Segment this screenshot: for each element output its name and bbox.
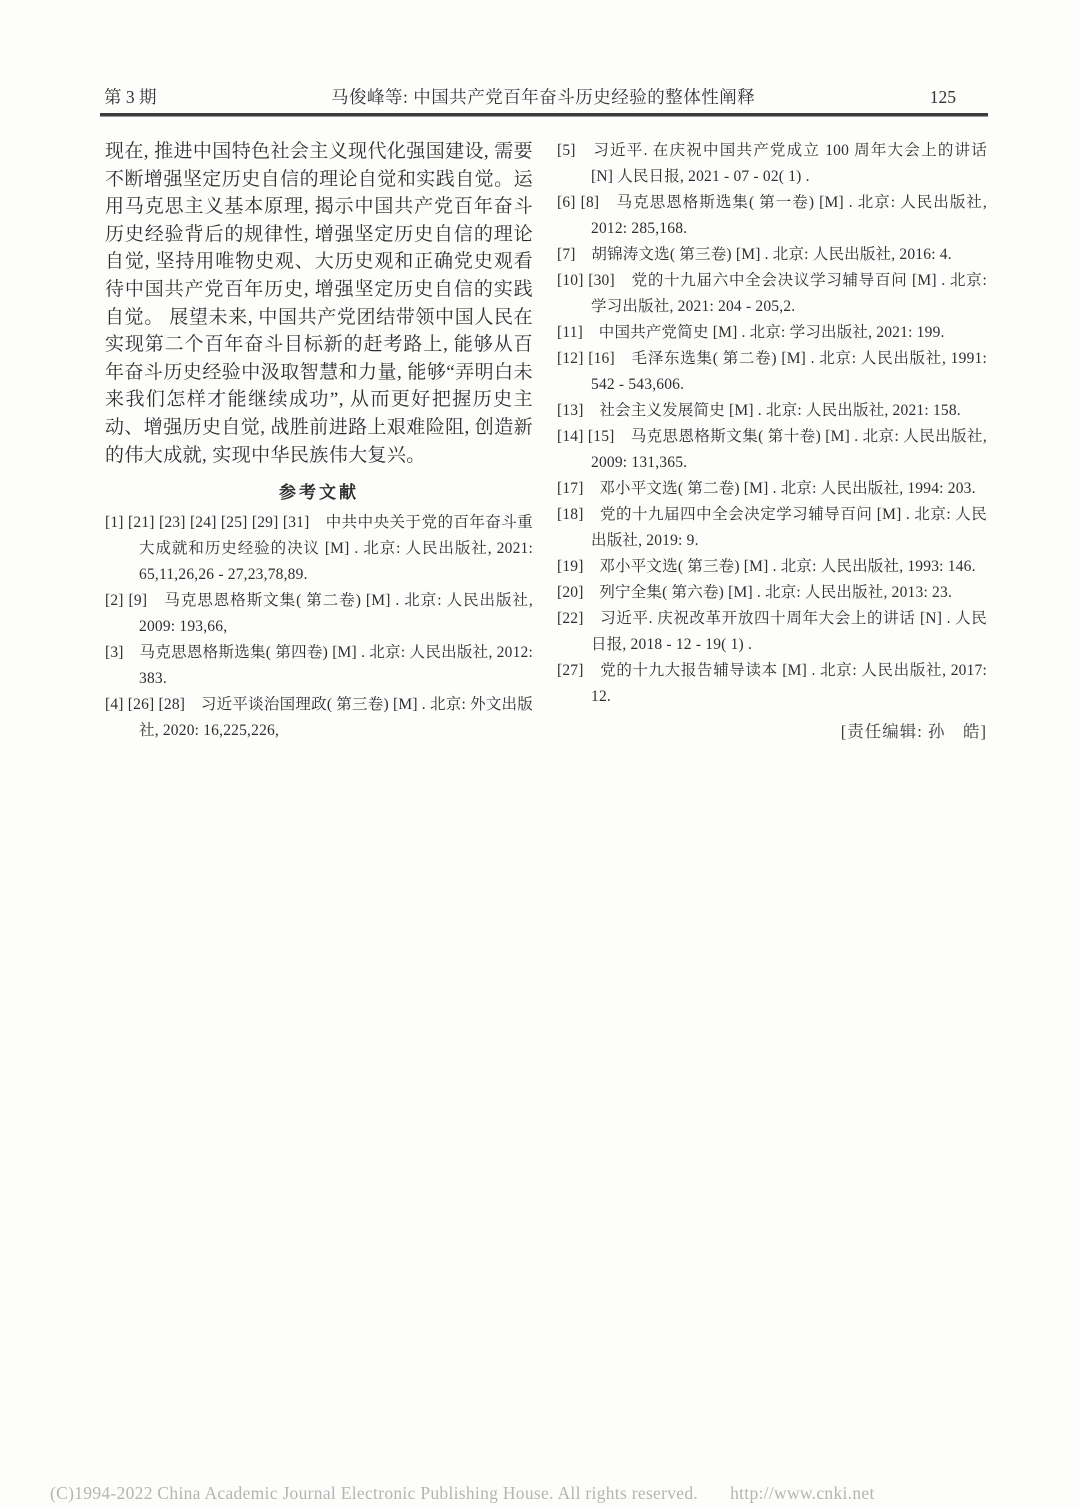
reference-item: [22] 习近平. 庆祝改革开放四十周年大会上的讲话 [N] . 人民日报, 2…: [557, 606, 987, 658]
references-heading: 参考文献: [105, 478, 533, 503]
reference-item: [13] 社会主义发展简史 [M] . 北京: 人民出版社, 2021: 158…: [557, 398, 987, 424]
header-rule: [100, 113, 988, 117]
running-title: 马俊峰等: 中国共产党百年奋斗历史经验的整体性阐释: [157, 84, 930, 109]
reference-item: [4] [26] [28] 习近平谈治国理政( 第三卷) [M] . 北京: 外…: [105, 692, 533, 744]
right-column: [5] 习近平. 在庆祝中国共产党成立 100 周年大会上的讲话 [N] 人民日…: [557, 138, 987, 742]
copyright-text: (C)1994-2022 China Academic Journal Elec…: [50, 1483, 698, 1503]
reference-item: [14] [15] 马克思恩格斯文集( 第十卷) [M] . 北京: 人民出版社…: [557, 424, 987, 476]
reference-item: [12] [16] 毛泽东选集( 第二卷) [M] . 北京: 人民出版社, 1…: [557, 346, 987, 398]
reference-item: [5] 习近平. 在庆祝中国共产党成立 100 周年大会上的讲话 [N] 人民日…: [557, 138, 987, 190]
body-paragraph: 现在, 推进中国特色社会主义现代化强国建设, 需要不断增强坚定历史自信的理论自觉…: [105, 138, 533, 469]
journal-issue: 第 3 期: [104, 84, 157, 109]
reference-item: [2] [9] 马克思恩格斯文集( 第二卷) [M] . 北京: 人民出版社, …: [105, 588, 533, 640]
reference-item: [17] 邓小平文选( 第二卷) [M] . 北京: 人民出版社, 1994: …: [557, 476, 987, 502]
reference-item: [27] 党的十九大报告辅导读本 [M] . 北京: 人民出版社, 2017: …: [557, 658, 987, 710]
cnki-url: http://www.cnki.net: [730, 1483, 875, 1503]
page-header: 第 3 期 马俊峰等: 中国共产党百年奋斗历史经验的整体性阐释 125: [104, 84, 984, 109]
copyright-footer: (C)1994-2022 China Academic Journal Elec…: [50, 1483, 1030, 1504]
reference-item: [11] 中国共产党简史 [M] . 北京: 学习出版社, 2021: 199.: [557, 320, 987, 346]
reference-item: [20] 列宁全集( 第六卷) [M] . 北京: 人民出版社, 2013: 2…: [557, 580, 987, 606]
reference-item: [7] 胡锦涛文选( 第三卷) [M] . 北京: 人民出版社, 2016: 4…: [557, 242, 987, 268]
reference-item: [18] 党的十九届四中全会决定学习辅导百问 [M] . 北京: 人民出版社, …: [557, 502, 987, 554]
editor-credit: [责任编辑: 孙 皓]: [557, 718, 987, 742]
reference-item: [19] 邓小平文选( 第三卷) [M] . 北京: 人民出版社, 1993: …: [557, 554, 987, 580]
reference-item: [3] 马克思恩格斯选集( 第四卷) [M] . 北京: 人民出版社, 2012…: [105, 640, 533, 692]
reference-item: [6] [8] 马克思恩格斯选集( 第一卷) [M] . 北京: 人民出版社, …: [557, 190, 987, 242]
reference-item: [10] [30] 党的十九届六中全会决议学习辅导百问 [M] . 北京: 学习…: [557, 268, 987, 320]
reference-item: [1] [21] [23] [24] [25] [29] [31] 中共中央关于…: [105, 510, 533, 588]
journal-page: 第 3 期 马俊峰等: 中国共产党百年奋斗历史经验的整体性阐释 125 现在, …: [0, 0, 1080, 1509]
page-number: 125: [930, 87, 984, 108]
left-column: 现在, 推进中国特色社会主义现代化强国建设, 需要不断增强坚定历史自信的理论自觉…: [105, 138, 533, 744]
